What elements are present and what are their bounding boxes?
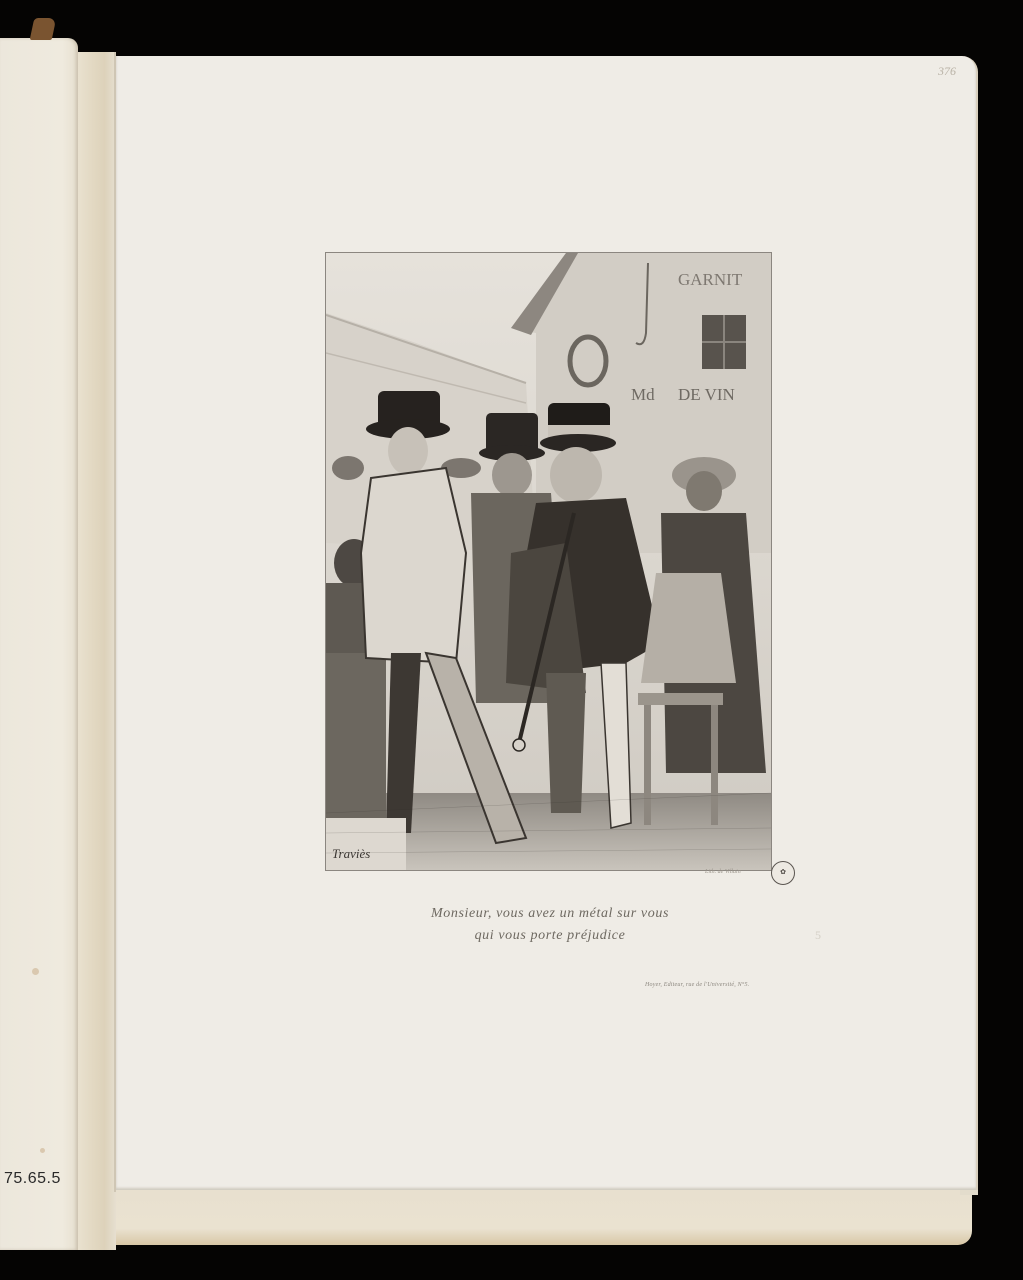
sign-de-vin: DE VIN	[678, 385, 735, 404]
call-number-label: 75.65.5	[4, 1170, 61, 1188]
foxing-spot	[40, 1148, 45, 1153]
publisher-line: Hoyer, Editeur, rue de l'Université, N°5…	[645, 982, 749, 988]
caption-line-1: Monsieur, vous avez un métal sur vous	[380, 906, 720, 922]
pencil-mark: 5	[815, 928, 821, 943]
lithograph-plate: GARNIT Md DE VIN	[325, 252, 772, 871]
caption-line-2: qui vous porte préjudice	[380, 928, 720, 944]
foxing-spot	[32, 968, 39, 975]
sign-md: Md	[631, 385, 655, 404]
page-number: 376	[938, 64, 956, 79]
folder-left-board	[0, 38, 78, 1250]
binding-spine	[78, 52, 116, 1250]
page-gutter-line	[114, 52, 116, 1192]
leather-tab	[30, 18, 57, 40]
sign-garnit: GARNIT	[678, 270, 743, 289]
artist-signature: Traviès	[332, 846, 370, 862]
mount-board-bottom	[116, 1190, 972, 1245]
printer-credit: Lith. de Villain	[705, 869, 741, 875]
lithograph-illustration: GARNIT Md DE VIN	[326, 253, 771, 870]
collection-stamp-icon: ✿	[771, 861, 795, 885]
